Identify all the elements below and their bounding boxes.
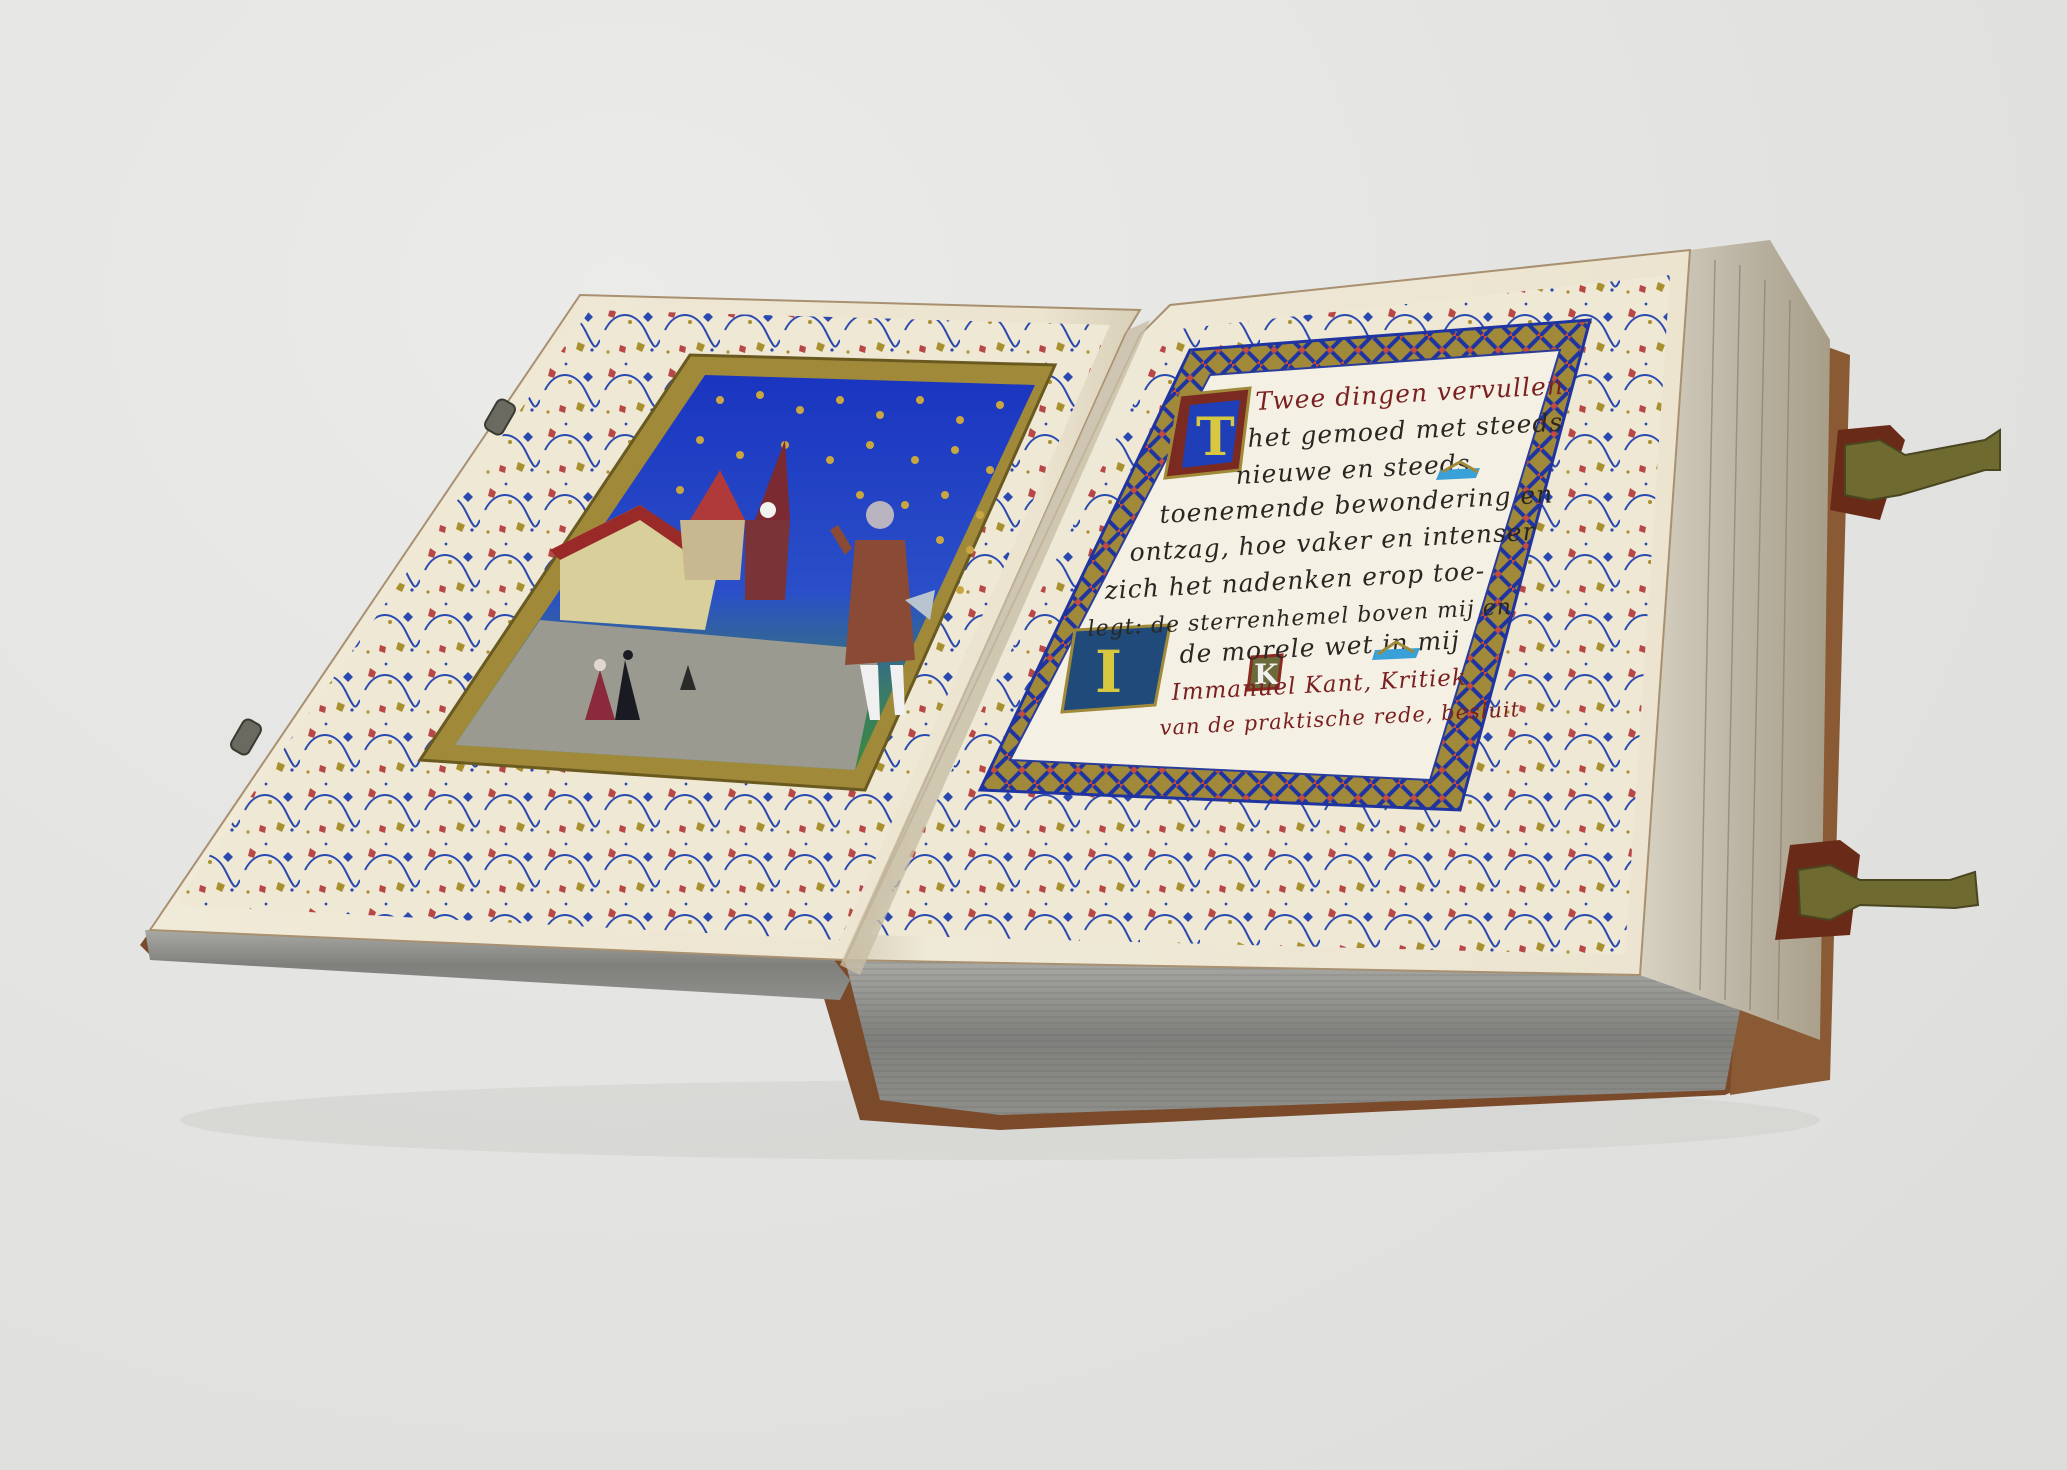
painting-canvas: T I K Twee dingen vervullen het gemoed m… bbox=[0, 0, 2067, 1470]
svg-text:T: T bbox=[1196, 407, 1235, 468]
clasp-lower bbox=[1775, 840, 1978, 940]
clasp-upper bbox=[1830, 425, 2000, 520]
illuminated-book-painting: T I K Twee dingen vervullen het gemoed m… bbox=[0, 0, 2067, 1470]
svg-text:I: I bbox=[1095, 638, 1122, 706]
